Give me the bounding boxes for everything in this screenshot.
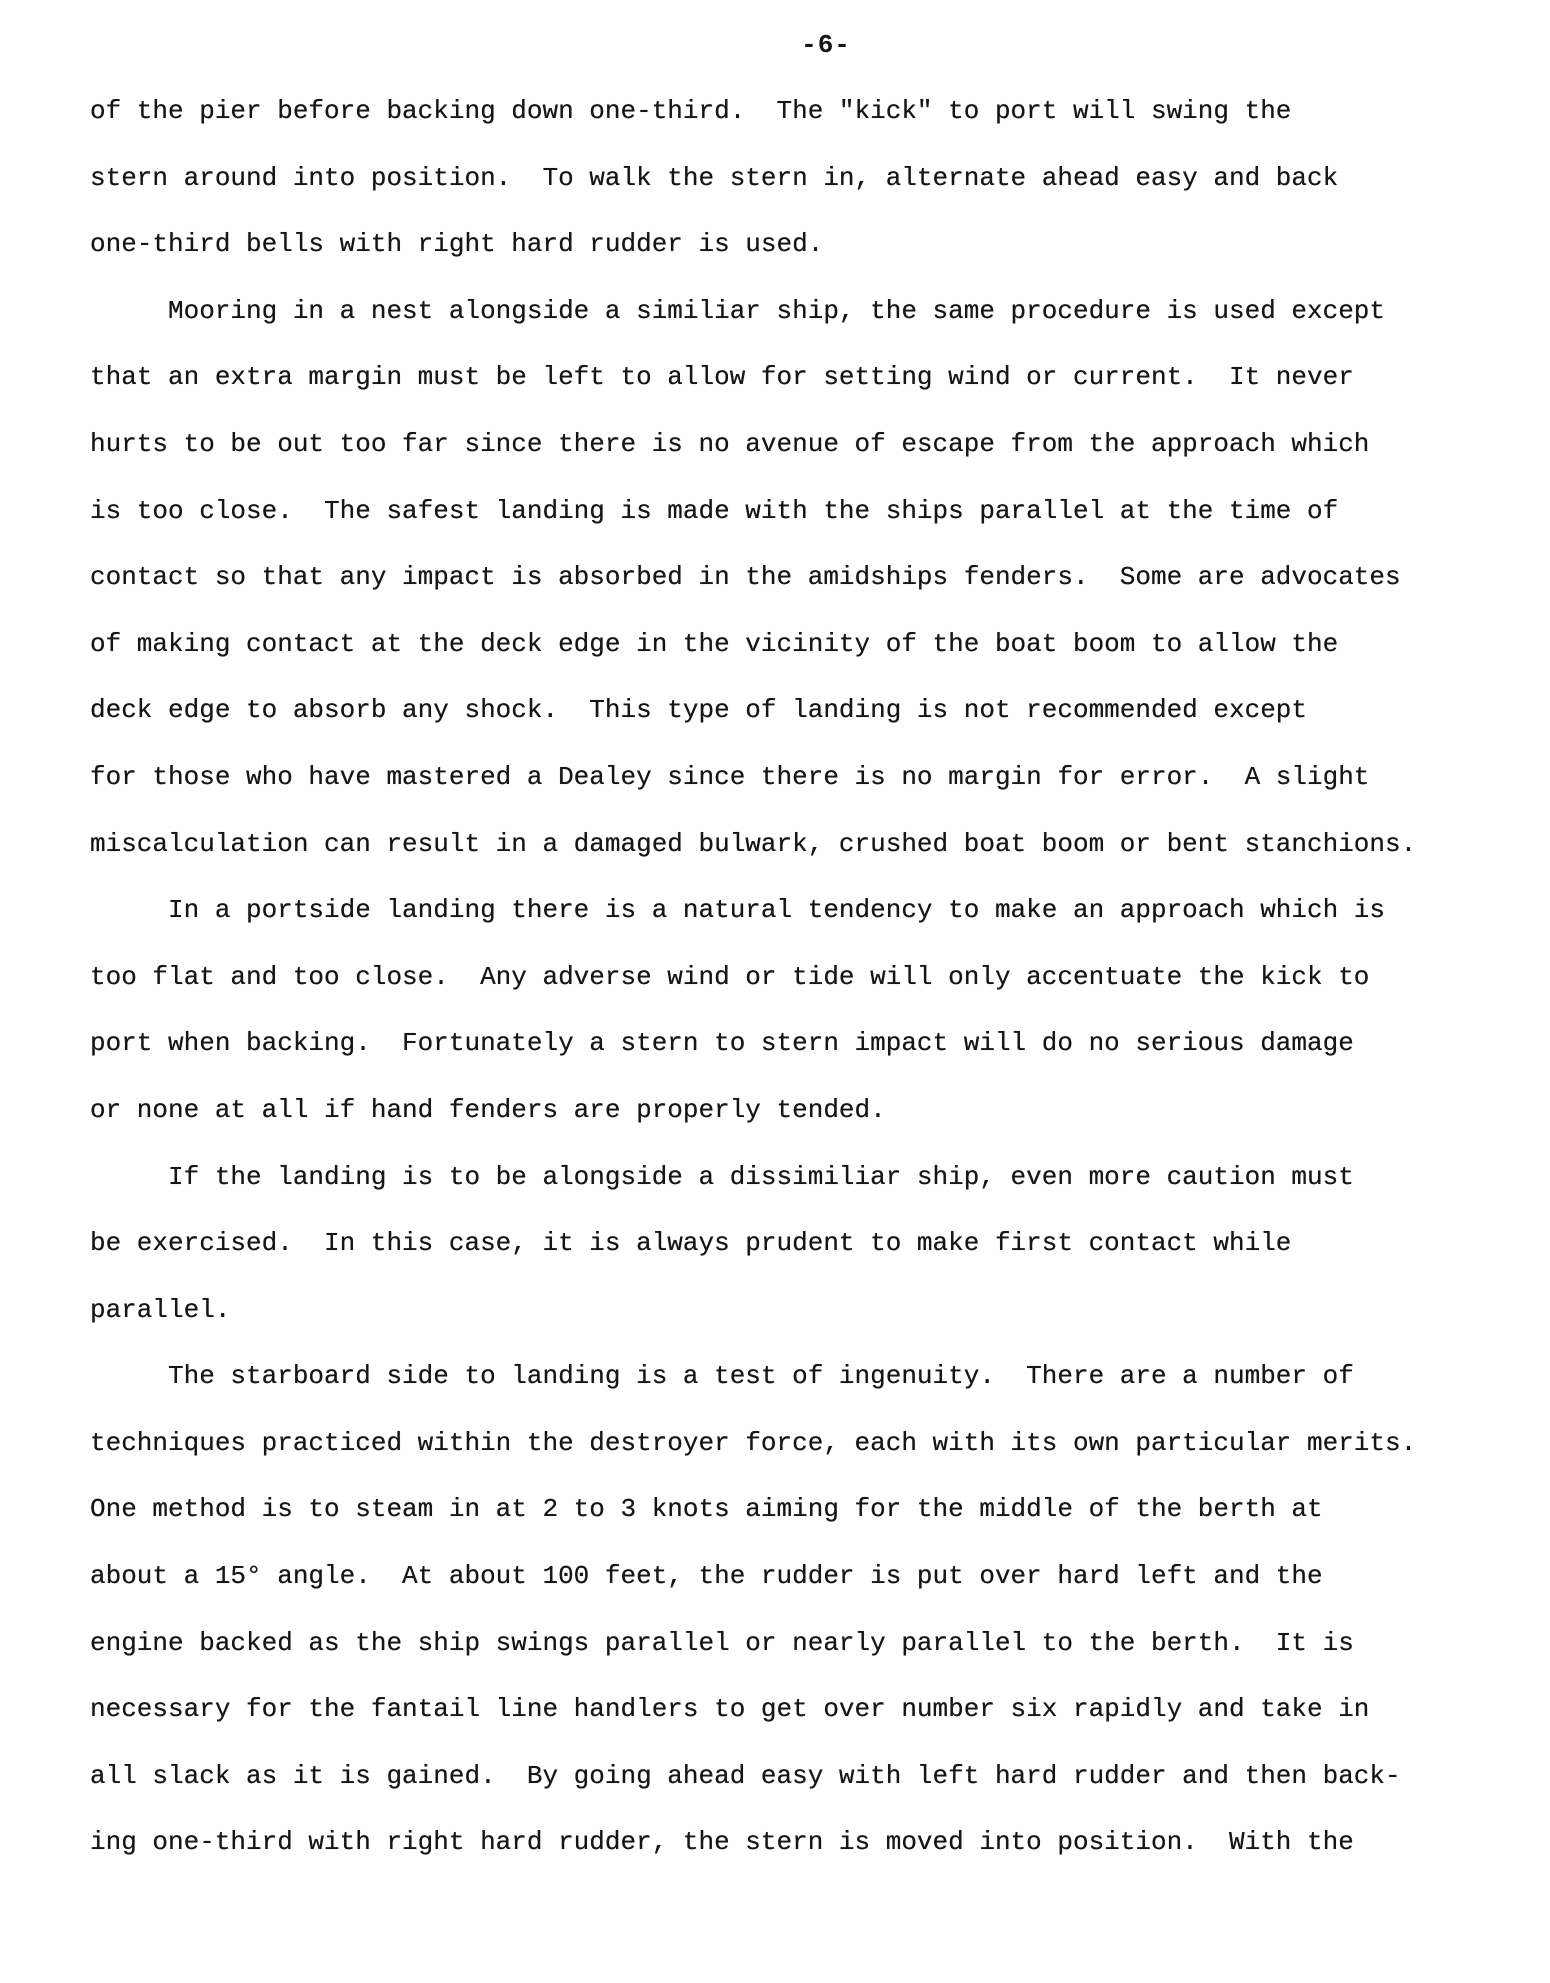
text-line: or none at all if hand fenders are prope… <box>90 1077 1550 1144</box>
text-line: necessary for the fantail line handlers … <box>90 1676 1550 1743</box>
text-line: parallel. <box>90 1277 1550 1344</box>
text-line: about a 15° angle. At about 100 feet, th… <box>90 1543 1550 1610</box>
text-line: of the pier before backing down one-thir… <box>90 78 1550 145</box>
document-page: -6- of the pier before backing down one-… <box>0 0 1550 1983</box>
text-line: is too close. The safest landing is made… <box>90 478 1550 545</box>
text-line: of making contact at the deck edge in th… <box>90 611 1550 678</box>
text-line: for those who have mastered a Dealey sin… <box>90 744 1550 811</box>
text-line: too flat and too close. Any adverse wind… <box>90 944 1550 1011</box>
text-line: that an extra margin must be left to all… <box>90 344 1550 411</box>
text-line: port when backing. Fortunately a stern t… <box>90 1010 1550 1077</box>
text-line: One method is to steam in at 2 to 3 knot… <box>90 1476 1550 1543</box>
text-line: In a portside landing there is a natural… <box>90 877 1550 944</box>
text-line: one-third bells with right hard rudder i… <box>90 211 1550 278</box>
text-line: The starboard side to landing is a test … <box>90 1343 1550 1410</box>
text-line: contact so that any impact is absorbed i… <box>90 544 1550 611</box>
text-line: hurts to be out too far since there is n… <box>90 411 1550 478</box>
body-text: of the pier before backing down one-thir… <box>90 78 1550 1876</box>
text-line: techniques practiced within the destroye… <box>90 1410 1550 1477</box>
text-line: all slack as it is gained. By going ahea… <box>90 1743 1550 1810</box>
text-line: be exercised. In this case, it is always… <box>90 1210 1550 1277</box>
text-line: Mooring in a nest alongside a similiar s… <box>90 278 1550 345</box>
page-number: -6- <box>90 12 1432 78</box>
text-line: stern around into position. To walk the … <box>90 145 1550 212</box>
text-line: deck edge to absorb any shock. This type… <box>90 677 1550 744</box>
text-line: If the landing is to be alongside a diss… <box>90 1144 1550 1211</box>
text-line: miscalculation can result in a damaged b… <box>90 811 1550 878</box>
text-line: engine backed as the ship swings paralle… <box>90 1610 1550 1677</box>
text-line: ing one-third with right hard rudder, th… <box>90 1809 1550 1876</box>
